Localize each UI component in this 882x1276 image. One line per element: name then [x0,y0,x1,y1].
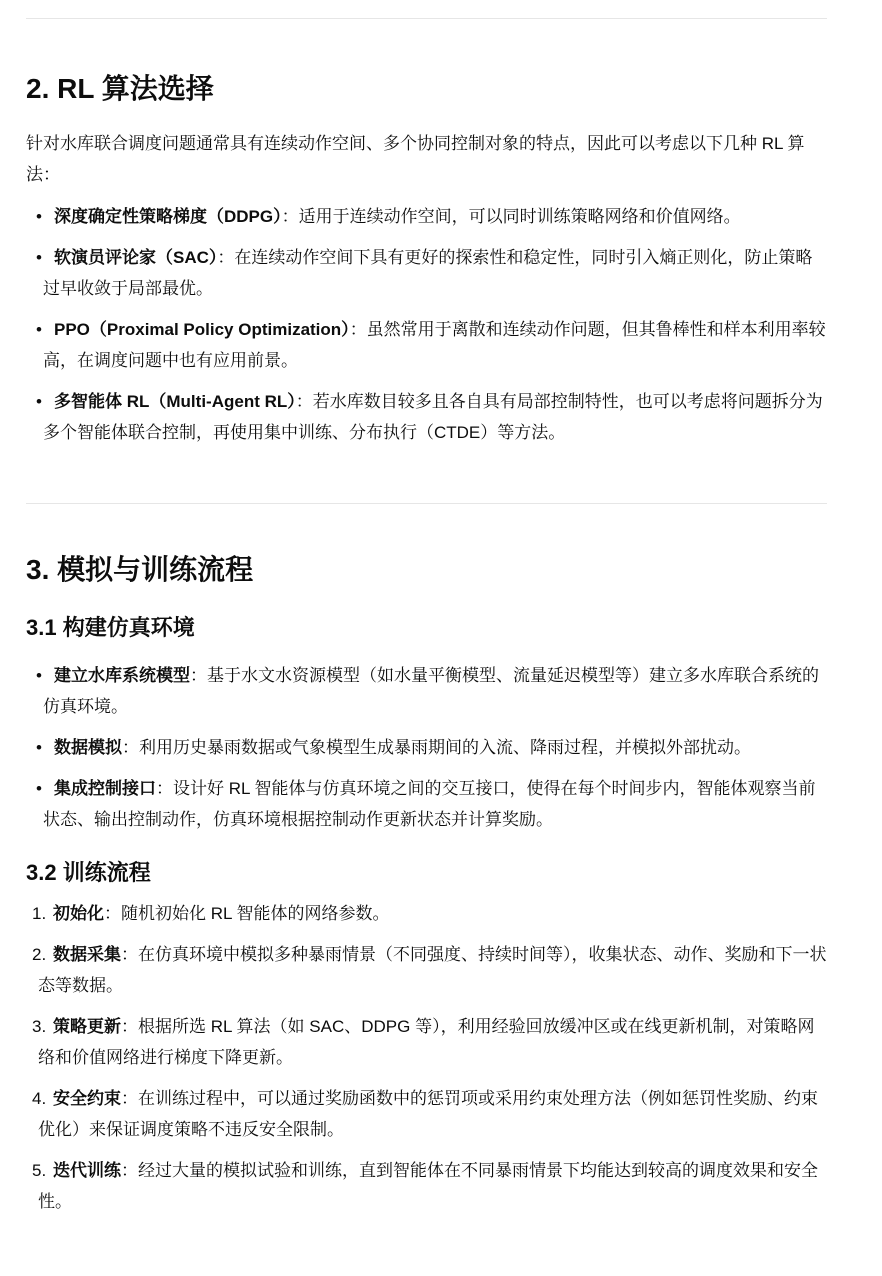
item-term: 深度确定性策略梯度（DDPG） [54,207,282,226]
algorithm-list: 深度确定性策略梯度（DDPG）：适用于连续动作空间，可以同时训练策略网络和价值网… [26,201,827,448]
item-desc: ：适用于连续动作空间，可以同时训练策略网络和价值网络。 [282,207,741,226]
step-item: 3.策略更新：根据所选 RL 算法（如 SAC、DDPG 等），利用经验回放缓冲… [26,1011,827,1073]
step-item: 2.数据采集：在仿真环境中模拟多种暴雨情景（不同强度、持续时间等），收集状态、动… [26,939,827,1001]
item-term: 建立水库系统模型 [54,666,190,685]
simulation-list: 建立水库系统模型：基于水文水资源模型（如水量平衡模型、流量延迟模型等）建立多水库… [26,660,827,835]
list-item: 建立水库系统模型：基于水文水资源模型（如水量平衡模型、流量延迟模型等）建立多水库… [26,660,827,722]
procedure-subheading: 3.2 训练流程 [26,859,827,887]
step-term: 数据采集 [53,945,121,964]
step-number: 3. [32,1011,46,1042]
item-desc: ：设计好 RL 智能体与仿真环境之间的交互接口，使得在每个时间步内，智能体观察当… [43,779,816,829]
step-number: 4. [32,1083,46,1114]
item-term: 数据模拟 [54,738,122,757]
item-term: 集成控制接口 [54,779,156,798]
procedure-steps: 1.初始化：随机初始化 RL 智能体的网络参数。 2.数据采集：在仿真环境中模拟… [26,898,827,1217]
step-item: 1.初始化：随机初始化 RL 智能体的网络参数。 [26,898,827,929]
section-divider [26,503,827,504]
item-desc: ：利用历史暴雨数据或气象模型生成暴雨期间的入流、降雨过程，并模拟外部扰动。 [122,738,751,757]
step-desc: ：根据所选 RL 算法（如 SAC、DDPG 等），利用经验回放缓冲区或在线更新… [38,1017,815,1067]
step-term: 迭代训练 [53,1161,121,1180]
step-desc: ：经过大量的模拟试验和训练，直到智能体在不同暴雨情景下均能达到较高的调度效果和安… [38,1161,818,1211]
step-number: 1. [32,898,46,929]
list-item: 深度确定性策略梯度（DDPG）：适用于连续动作空间，可以同时训练策略网络和价值网… [26,201,827,232]
step-term: 策略更新 [53,1017,121,1036]
section-algorithms: 2. RL 算法选择 针对水库联合调度问题通常具有连续动作空间、多个协同控制对象… [26,72,827,448]
step-number: 2. [32,939,46,970]
step-desc: ：在仿真环境中模拟多种暴雨情景（不同强度、持续时间等），收集状态、动作、奖励和下… [38,945,827,995]
top-divider [26,18,827,19]
document-page: 2. RL 算法选择 针对水库联合调度问题通常具有连续动作空间、多个协同控制对象… [0,18,882,1276]
list-item: 软演员评论家（SAC）：在连续动作空间下具有更好的探索性和稳定性，同时引入熵正则… [26,242,827,304]
algorithms-heading: 2. RL 算法选择 [26,72,827,106]
simulation-subheading: 3.1 构建仿真环境 [26,614,827,642]
step-term: 初始化 [53,904,104,923]
step-number: 5. [32,1155,46,1186]
list-item: 数据模拟：利用历史暴雨数据或气象模型生成暴雨期间的入流、降雨过程，并模拟外部扰动… [26,732,827,763]
item-term: 多智能体 RL（Multi-Agent RL） [54,392,296,411]
training-heading: 3. 模拟与训练流程 [26,553,827,587]
step-term: 安全约束 [53,1089,121,1108]
list-item: 集成控制接口：设计好 RL 智能体与仿真环境之间的交互接口，使得在每个时间步内，… [26,773,827,835]
step-item: 4.安全约束：在训练过程中，可以通过奖励函数中的惩罚项或采用约束处理方法（例如惩… [26,1083,827,1145]
step-item: 5.迭代训练：经过大量的模拟试验和训练，直到智能体在不同暴雨情景下均能达到较高的… [26,1155,827,1217]
item-term: PPO（Proximal Policy Optimization） [54,320,350,339]
item-term: 软演员评论家（SAC） [54,248,217,267]
step-desc: ：随机初始化 RL 智能体的网络参数。 [104,904,390,923]
step-desc: ：在训练过程中，可以通过奖励函数中的惩罚项或采用约束处理方法（例如惩罚性奖励、约… [38,1089,818,1139]
list-item: PPO（Proximal Policy Optimization）：虽然常用于离… [26,314,827,376]
algorithms-intro: 针对水库联合调度问题通常具有连续动作空间、多个协同控制对象的特点，因此可以考虑以… [26,128,827,190]
section-training: 3. 模拟与训练流程 3.1 构建仿真环境 建立水库系统模型：基于水文水资源模型… [26,553,827,1217]
list-item: 多智能体 RL（Multi-Agent RL）：若水库数目较多且各自具有局部控制… [26,386,827,448]
